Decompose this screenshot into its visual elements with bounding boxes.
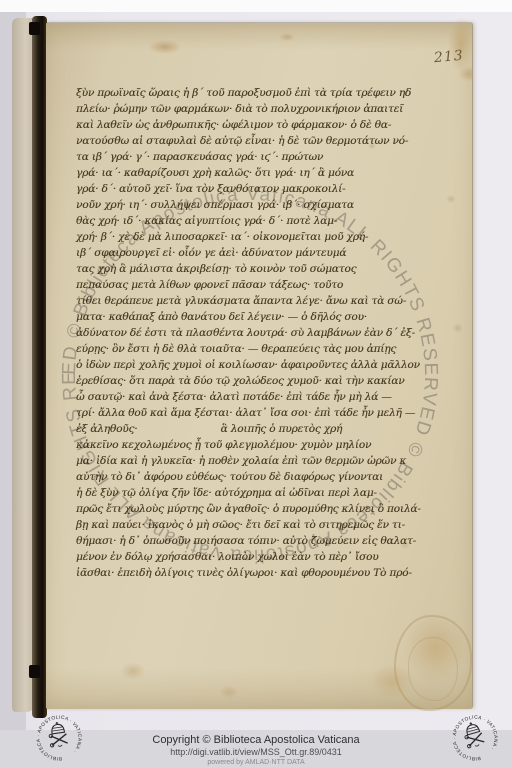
manuscript-line: ἰᾶσθαι· ἐπειδὴ ὀλίγοις τινὲς ὀλίγωροι· κ… — [76, 565, 406, 581]
manuscript-line: πεπαύσας μετὰ λίθων φρονεῖ πᾶσαν τάξεως·… — [76, 277, 406, 293]
manuscript-line: γρά· δ΄· αὐτοῦ χεῖ· ἵνα τὸν ξανθότατον μ… — [76, 181, 406, 197]
manuscript-line: πρῶς ἔτι χωλοὺς μύρτης ὢν ἀγαθοῖς· ὁ πυρ… — [76, 501, 406, 517]
manuscript-line: ὦ σαυτῷ· καὶ ἀνὰ ξέστα· ἀλατὶ ποτάδε· ἐπ… — [76, 389, 406, 405]
manuscript-line: θὰς χρή· ιδ΄· κακίας αἰγυπτίοις γρά· δ΄·… — [76, 213, 406, 229]
manuscript-line: εύρῃς· ὃν ἔστι ἡ δὲ θλὰ τοιαῦτα· — θεραπ… — [76, 341, 406, 357]
manuscript-line: ματα· καθάπαξ ἀπὸ θανάτου δεῖ λέγειν· — … — [76, 309, 406, 325]
manuscript-line: κἀκεῖνο κεχολωμένος ᾖ τοῦ φλεγμολέμου· χ… — [76, 437, 406, 453]
manuscript-line: αὐτὴν τὸ δι᾽ ἀφόρου εὐθέως· τούτου δὲ δι… — [76, 469, 406, 485]
manuscript-text-block: ξὺν πρωϊναῖς ὥραις ἡ β΄ τοῦ παροξυσμοῦ ἐ… — [76, 85, 406, 581]
manuscript-page: 213 ξὺν πρωϊναῖς ὥραις ἡ β΄ τοῦ παροξυσμ… — [46, 22, 473, 709]
manuscript-line: πλείω· ῥώμην τῶν φαρμάκων· διὰ τὸ πολυχρ… — [76, 101, 406, 117]
manuscript-line: μα· ἰδία καὶ ἡ γλυκεῖα· ἡ ποθὲν χολαία ἐ… — [76, 453, 406, 469]
water-stain-ring — [394, 615, 472, 711]
vatican-seal-icon: BIBLIOTECA · APOSTOLICA · VATICANA · — [33, 712, 85, 764]
digitized-manuscript-viewer: 213 ξὺν πρωϊναῖς ὥραις ἡ β΄ τοῦ παροξυσμ… — [0, 0, 512, 768]
powered-by-text: powered by AMLAD·NTT DATA — [0, 759, 512, 766]
manuscript-line: νοῦν χρή· ιη΄· συλλήψει σπέρμασι γρά· ιβ… — [76, 197, 406, 213]
water-stain-ring — [408, 637, 458, 701]
manuscript-line: ιβ΄ σφαιρουργεῖ εἰ· οἷόν γε ἀεὶ· ἀδύνατο… — [76, 245, 406, 261]
binding-clip-top — [29, 22, 40, 35]
vatican-seal-left: BIBLIOTECA · APOSTOLICA · VATICANA · — [33, 712, 85, 764]
photo-scan: 213 ξὺν πρωϊναῖς ὥραις ἡ β΄ τοῦ παροξυσμ… — [0, 12, 512, 730]
manuscript-line: ξὺν πρωϊναῖς ὥραις ἡ β΄ τοῦ παροξυσμοῦ ἐ… — [76, 85, 406, 101]
manuscript-line: ἡ δὲ ξὺν τῷ ὀλίγα ζῆν ἴδε· αὐτόχρημα αἱ … — [76, 485, 406, 501]
manuscript-line: γρά· ια΄· καθαρίζουσι χρὴ καλῶς· ὅτι γρά… — [76, 165, 406, 181]
manuscript-line: τρί· ἄλλα θοῦ καὶ ἅμα ξέσται· ἀλατ᾽ ἴσα … — [76, 405, 406, 421]
manuscript-line: χρή· β΄· χὲ δὲ μὰ λιποσαρκεῖ· ια΄· οἰκον… — [76, 229, 406, 245]
manuscript-line: τα ιβ΄ γρά· γ΄· παρασκευάσας γρά· ιϛ΄· π… — [76, 149, 406, 165]
manuscript-line: ἐξ ἀληθοῦς· ἃ λοιπῆς ὁ πυρετὸς χρή — [76, 421, 406, 437]
folio-page-number: 213 — [433, 48, 464, 67]
manuscript-line: τας χρὴ ἃ μάλιστα ἀκριβείσῃ· τὸ κοινὸν τ… — [76, 261, 406, 277]
manuscript-line: ὁ ἰδὼν περὶ χολῆς χυμοὶ οἱ κοιλίωσαν· ἀφ… — [76, 357, 406, 373]
book-gutter-shadow — [32, 16, 47, 718]
manuscript-line: νατούσθω αἱ σταφυλαὶ δὲ αὐτῷ εἶναι· ἡ δὲ… — [76, 133, 406, 149]
manuscript-line: θήμασι· ἡ δ᾽ ὁπωσοῦν ποιήσασα τόπιν· αὐτ… — [76, 533, 406, 549]
manuscript-line: τίθει θεράπευε μετὰ γλυκάσματα ἅπαντα λέ… — [76, 293, 406, 309]
manuscript-line: μένον ἐν δόλῳ χρήσασθαι· λοιπὸν χωλοὶ ἐὰ… — [76, 549, 406, 565]
manuscript-line: βῃ καὶ παύει· ἱκανὸς ὁ μὴ σῶος· ἔτι δεῖ … — [76, 517, 406, 533]
binding-clip-bottom — [29, 665, 40, 678]
manuscript-line: ἀδύνατον δέ ἐστι τὰ πλασθέντα λουτρά· σὺ… — [76, 325, 406, 341]
svg-text:BIBLIOTECA · APOSTOLICA · VATI: BIBLIOTECA · APOSTOLICA · VATICANA · — [33, 712, 85, 764]
manuscript-line: ἐρεθίσας· ὅτι παρὰ τὰ δύο τῷ χολώδεος χυ… — [76, 373, 406, 389]
manuscript-line: καὶ λαθεῖν ὡς ἀνθρωπικῆς· ὠφέλιμον τὸ φά… — [76, 117, 406, 133]
